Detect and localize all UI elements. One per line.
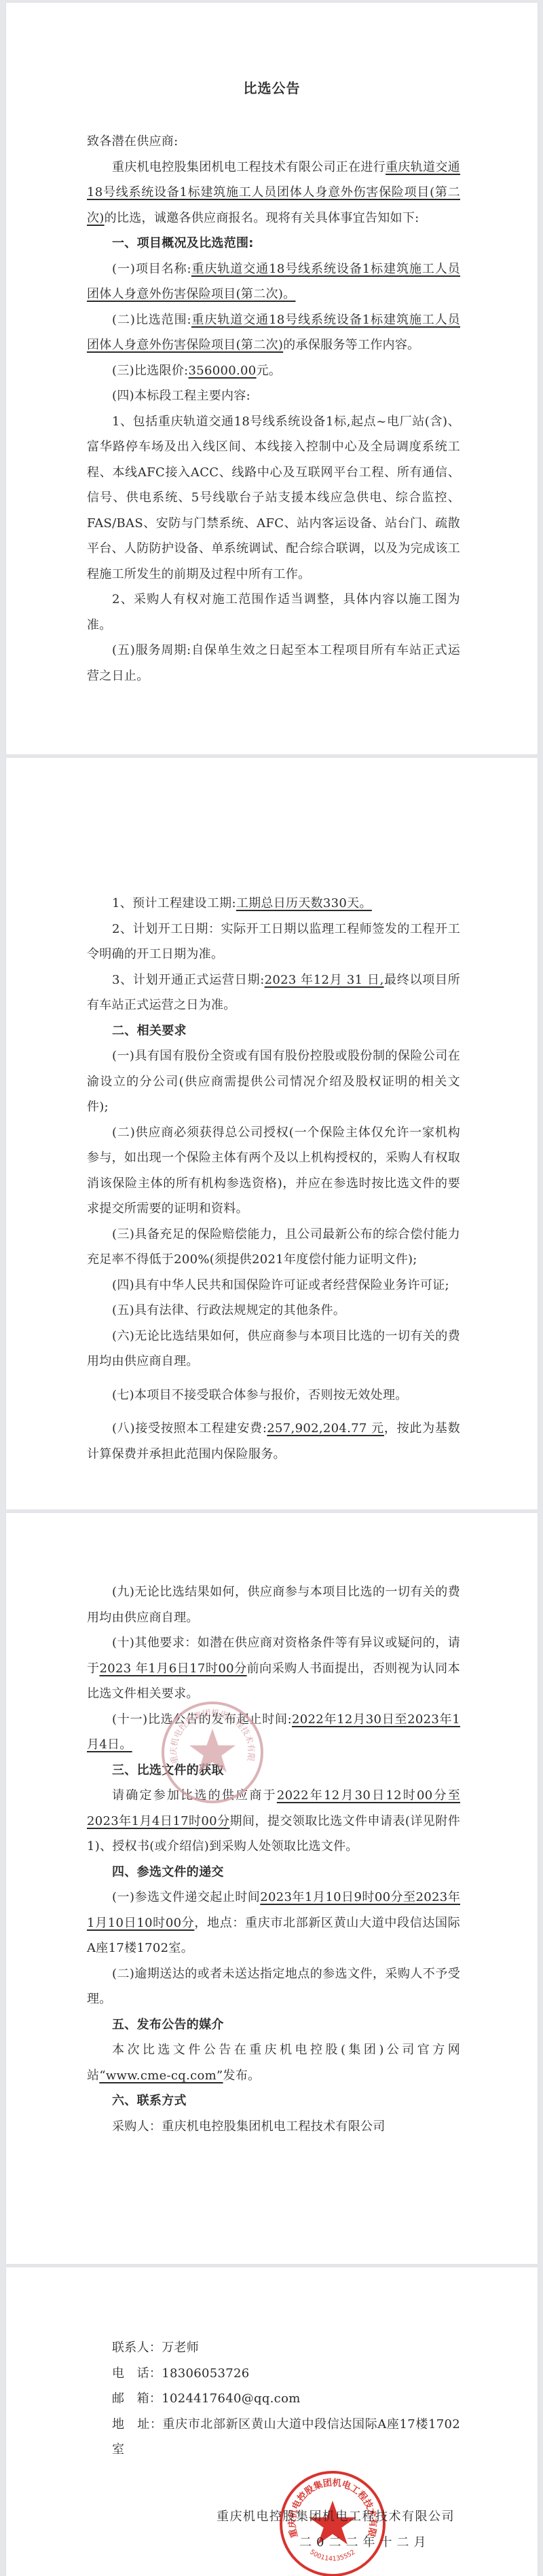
price-limit-item: (三)比选限价:356000.00元。	[87, 358, 460, 384]
svg-text:500114135552: 500114135552	[308, 2548, 356, 2562]
website-link[interactable]: “www.cme-cq.com”	[99, 2069, 223, 2083]
requirement-11: (十一)比选公告的发布起止时间:2022年12月30日至2023年1月4日。	[87, 1707, 460, 1758]
phone-line: 电 话：18306053726	[87, 2361, 460, 2387]
email-line: 邮 箱：1024417640@qq.com	[87, 2386, 460, 2412]
service-period-item: (五)服务周期:自保单生效之日起至本工程项目所有车站正式运营之日止。	[87, 638, 460, 689]
page-4-content: 联系人：万老师 电 话：18306053726 邮 箱：1024417640@q…	[87, 2335, 460, 2463]
section-2-heading: 二、相关要求	[87, 1018, 460, 1044]
requirement-1: (一)具有国有股份全资或有国有股份控股或股份制的保险公司在渝设立的分公司(供应商…	[87, 1043, 460, 1120]
schedule-2: 2、计划开工日期：实际开工日期以监理工程师签发的工程开工令明确的开工日期为准。	[87, 917, 460, 967]
address-line: 地 址：重庆市北部新区黄山大道中段信达国际A座17楼1702室	[87, 2412, 460, 2463]
signature-company: 重庆机电控股集团机电工程技术有限公司	[217, 2507, 455, 2524]
intro-paragraph: 重庆机电控股集团机电工程技术有限公司正在进行重庆轨道交通18号线系统设备1标建筑…	[87, 155, 460, 231]
purchaser-line: 采购人：重庆机电控股集团机电工程技术有限公司	[87, 2114, 460, 2140]
salutation: 致各潜在供应商:	[87, 129, 460, 155]
stamp-ring-text-icon: 重庆机电控股集团机电工程技术有限公司	[164, 1704, 261, 1801]
schedule-1: 1、预计工程建设工期:工期总日历天数330天。	[87, 891, 460, 917]
section-5-heading: 五、发布公告的媒介	[87, 2012, 460, 2038]
requirement-7: (七)本项目不接受联合体参与报价，否则按无效处理。	[87, 1383, 460, 1408]
section-4-heading: 四、参选文件的递交	[87, 1860, 460, 1885]
page-1-content: 致各潜在供应商: 重庆机电控股集团机电工程技术有限公司正在进行重庆轨道交通18号…	[87, 129, 460, 689]
document-page-2: 1、预计工程建设工期:工期总日历天数330天。 2、计划开工日期：实际开工日期以…	[6, 758, 538, 1510]
requirement-5: (五)具有法律、行政法规规定的其他条件。	[87, 1298, 460, 1324]
submission-item-2: (二)逾期送达的或者未送达指定地点的参选文件，采购人不予受理。	[87, 1961, 460, 2012]
schedule-3: 3、计划开通正式运营日期:2023 年12月 31 日,最终以项目所有车站正式运…	[87, 967, 460, 1018]
section-3-heading: 三、比选文件的获取	[87, 1758, 460, 1784]
requirement-8: (八)接受按照本工程建安费:257,902,204.77 元，按此为基数计算保费…	[87, 1416, 460, 1467]
page-3-content: (九)无论比选结果如何，供应商参与本项目比选的一切有关的费用均由供应商自理。 (…	[87, 1579, 460, 2139]
page-2-content: 1、预计工程建设工期:工期总日历天数330天。 2、计划开工日期：实际开工日期以…	[87, 891, 460, 1467]
submission-item-1: (一)参选文件递交起止时间2023年1月10日9时00分至2023年1月10日1…	[87, 1885, 460, 1961]
project-name-item: (一)项目名称:重庆轨道交通18号线系统设备1标建筑施工人员团体人身意外伤害保险…	[87, 256, 460, 307]
section-1-heading: 一、项目概况及比选范围:	[87, 231, 460, 256]
main-content-point-1: 1、包括重庆轨道交通18号线系统设备1标,起点~电厂站(含)、富华路停车场及出入…	[87, 409, 460, 588]
scope-item: (二)比选范围:重庆轨道交通18号线系统设备1标建筑施工人员团体人身意外伤害保险…	[87, 307, 460, 358]
faded-official-stamp: 重庆机电控股集团机电工程技术有限公司	[162, 1702, 263, 1803]
requirement-2: (二)供应商必须获得总公司授权(一个保险主体仅允许一家机构参与，如出现一个保险主…	[87, 1120, 460, 1222]
document-acquisition-text: 请确定参加比选的供应商于2022年12月30日12时00分至2023年1月4日1…	[87, 1783, 460, 1860]
construction-fee-value: 257,902,204.77 元	[267, 1421, 384, 1436]
requirement-9: (九)无论比选结果如何，供应商参与本项目比选的一切有关的费用均由供应商自理。	[87, 1579, 460, 1630]
section-6-heading: 六、联系方式	[87, 2088, 460, 2114]
main-content-point-2: 2、采购人有权对施工范围作适当调整，具体内容以施工图为准。	[87, 587, 460, 638]
document-page-3: (九)无论比选结果如何，供应商参与本项目比选的一切有关的费用均由供应商自理。 (…	[6, 1513, 538, 2264]
requirement-4: (四)具有中华人民共和国保险许可证或者经营保险业务许可证;	[87, 1273, 460, 1299]
contact-person: 联系人：万老师	[87, 2335, 460, 2361]
requirement-6: (六)无论比选结果如何，供应商参与本项目比选的一切有关的费用均由供应商自理。	[87, 1324, 460, 1374]
requirement-3: (三)具备充足的保险赔偿能力，且公司最新公布的综合偿付能力充足率不得低于200%…	[87, 1222, 460, 1273]
page-title: 比选公告	[6, 77, 538, 97]
signature-date: 二0二二年十二月	[299, 2533, 430, 2550]
requirement-10: (十)其他要求：如潜在供应商对资格条件等有异议或疑问的，请于2023 年1月6日…	[87, 1630, 460, 1707]
price-limit-value: 356000.00	[189, 364, 257, 378]
document-page-4: 联系人：万老师 电 话：18306053726 邮 箱：1024417640@q…	[6, 2267, 538, 2576]
media-text: 本次比选文件公告在重庆机电控股(集团)公司官方网站“www.cme-cq.com…	[87, 2037, 460, 2088]
document-page-1: 比选公告 致各潜在供应商: 重庆机电控股集团机电工程技术有限公司正在进行重庆轨道…	[6, 3, 538, 754]
main-content-label: (四)本标段工程主要内容:	[87, 383, 460, 409]
